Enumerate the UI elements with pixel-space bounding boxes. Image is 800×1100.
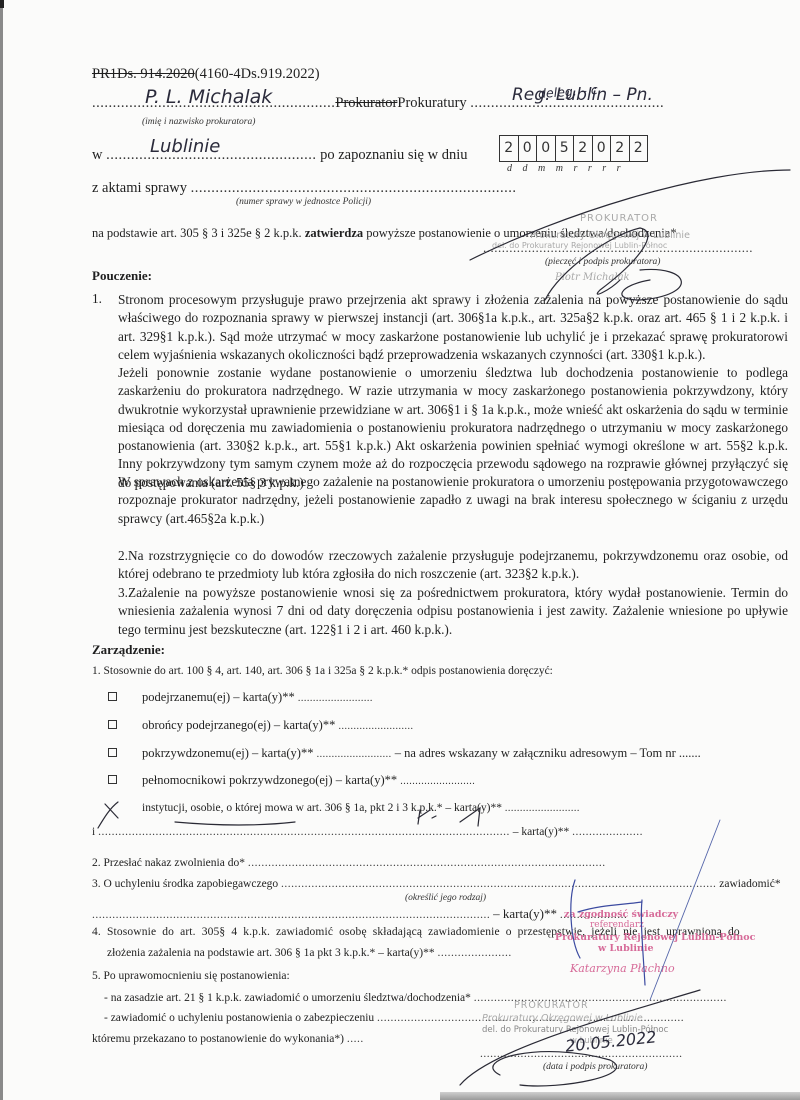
signature-bottom-stroke bbox=[460, 990, 700, 1085]
handwriting-overlay bbox=[0, 0, 800, 1100]
bracket-right bbox=[641, 900, 645, 985]
long-diagonal bbox=[650, 820, 720, 1000]
signature-top-loop bbox=[545, 228, 648, 300]
signature-bottom-loop bbox=[493, 1052, 617, 1086]
signature-top-stroke bbox=[470, 170, 790, 260]
handwritten-k1 bbox=[418, 808, 480, 826]
signature-top-loop2 bbox=[622, 269, 681, 300]
checkbox-cross-mark bbox=[98, 802, 118, 828]
underline-mark bbox=[175, 822, 295, 825]
bracket-left bbox=[571, 880, 580, 958]
bracket-top bbox=[578, 902, 642, 912]
